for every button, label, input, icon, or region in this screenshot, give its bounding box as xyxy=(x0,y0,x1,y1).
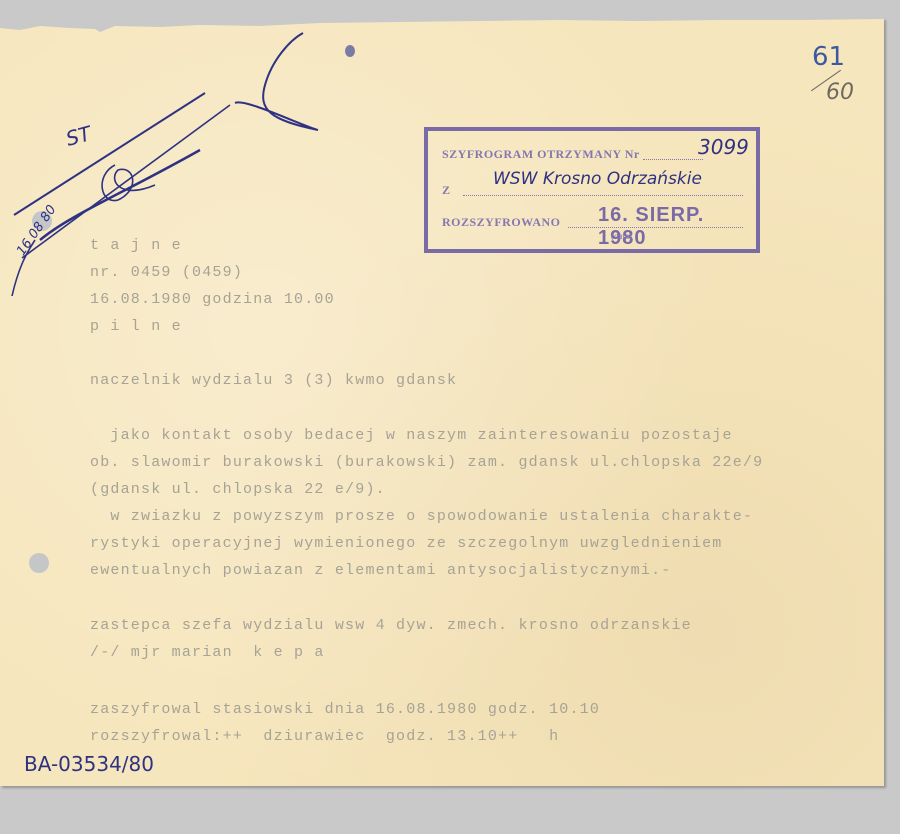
stamp-date-caption: (data) xyxy=(611,231,632,241)
body-line: rystyki operacyjnej wymienionego ze szcz… xyxy=(90,536,723,551)
signature-name: /-/ mjr marian k e p a xyxy=(90,645,325,660)
message-number: nr. 0459 (0459) xyxy=(90,265,243,280)
stamp-label-received: SZYFROGRAM OTRZYMANY Nr xyxy=(442,147,640,162)
stamp-label-from: Z xyxy=(442,183,451,198)
body-line: ob. slawomir burakowski (burakowski) zam… xyxy=(90,455,763,470)
priority-label: p i l n e xyxy=(90,319,182,334)
message-datetime: 16.08.1980 godzina 10.00 xyxy=(90,292,335,307)
classification-label: t a j n e xyxy=(90,238,182,253)
body-line: jako kontakt osoby bedacej w naszym zain… xyxy=(90,428,733,443)
addressee: naczelnik wydzialu 3 (3) kwmo gdansk xyxy=(90,373,457,388)
ink-blot xyxy=(345,45,355,57)
old-page-number: 60 xyxy=(826,80,854,105)
signature-title: zastepca szefa wydzialu wsw 4 dyw. zmech… xyxy=(90,618,692,633)
page-number: 61 xyxy=(812,42,845,72)
stamp-number: 3099 xyxy=(698,135,749,159)
decoded-by-note: rozszyfrowal:++ dziurawiec godz. 13.10++… xyxy=(90,729,559,744)
stamp-date: 16. SIERP. 1980 xyxy=(598,204,756,250)
encoded-by-note: zaszyfrowal stasiowski dnia 16.08.1980 g… xyxy=(90,702,600,717)
body-line: (gdansk ul. chlopska 22 e/9). xyxy=(90,482,386,497)
archive-signature: BA-03534/80 xyxy=(24,752,154,776)
stamp-label-decoded: ROZSZYFROWANO xyxy=(442,215,561,230)
body-line: w zwiazku z powyzszym prosze o spowodowa… xyxy=(90,509,753,524)
stamp-from-value: WSW Krosno Odrzańskie xyxy=(493,169,702,189)
cipher-received-stamp: SZYFROGRAM OTRZYMANY Nr 3099 Z WSW Krosn… xyxy=(424,127,760,253)
body-line: ewentualnych powiazan z elementami antys… xyxy=(90,563,671,578)
